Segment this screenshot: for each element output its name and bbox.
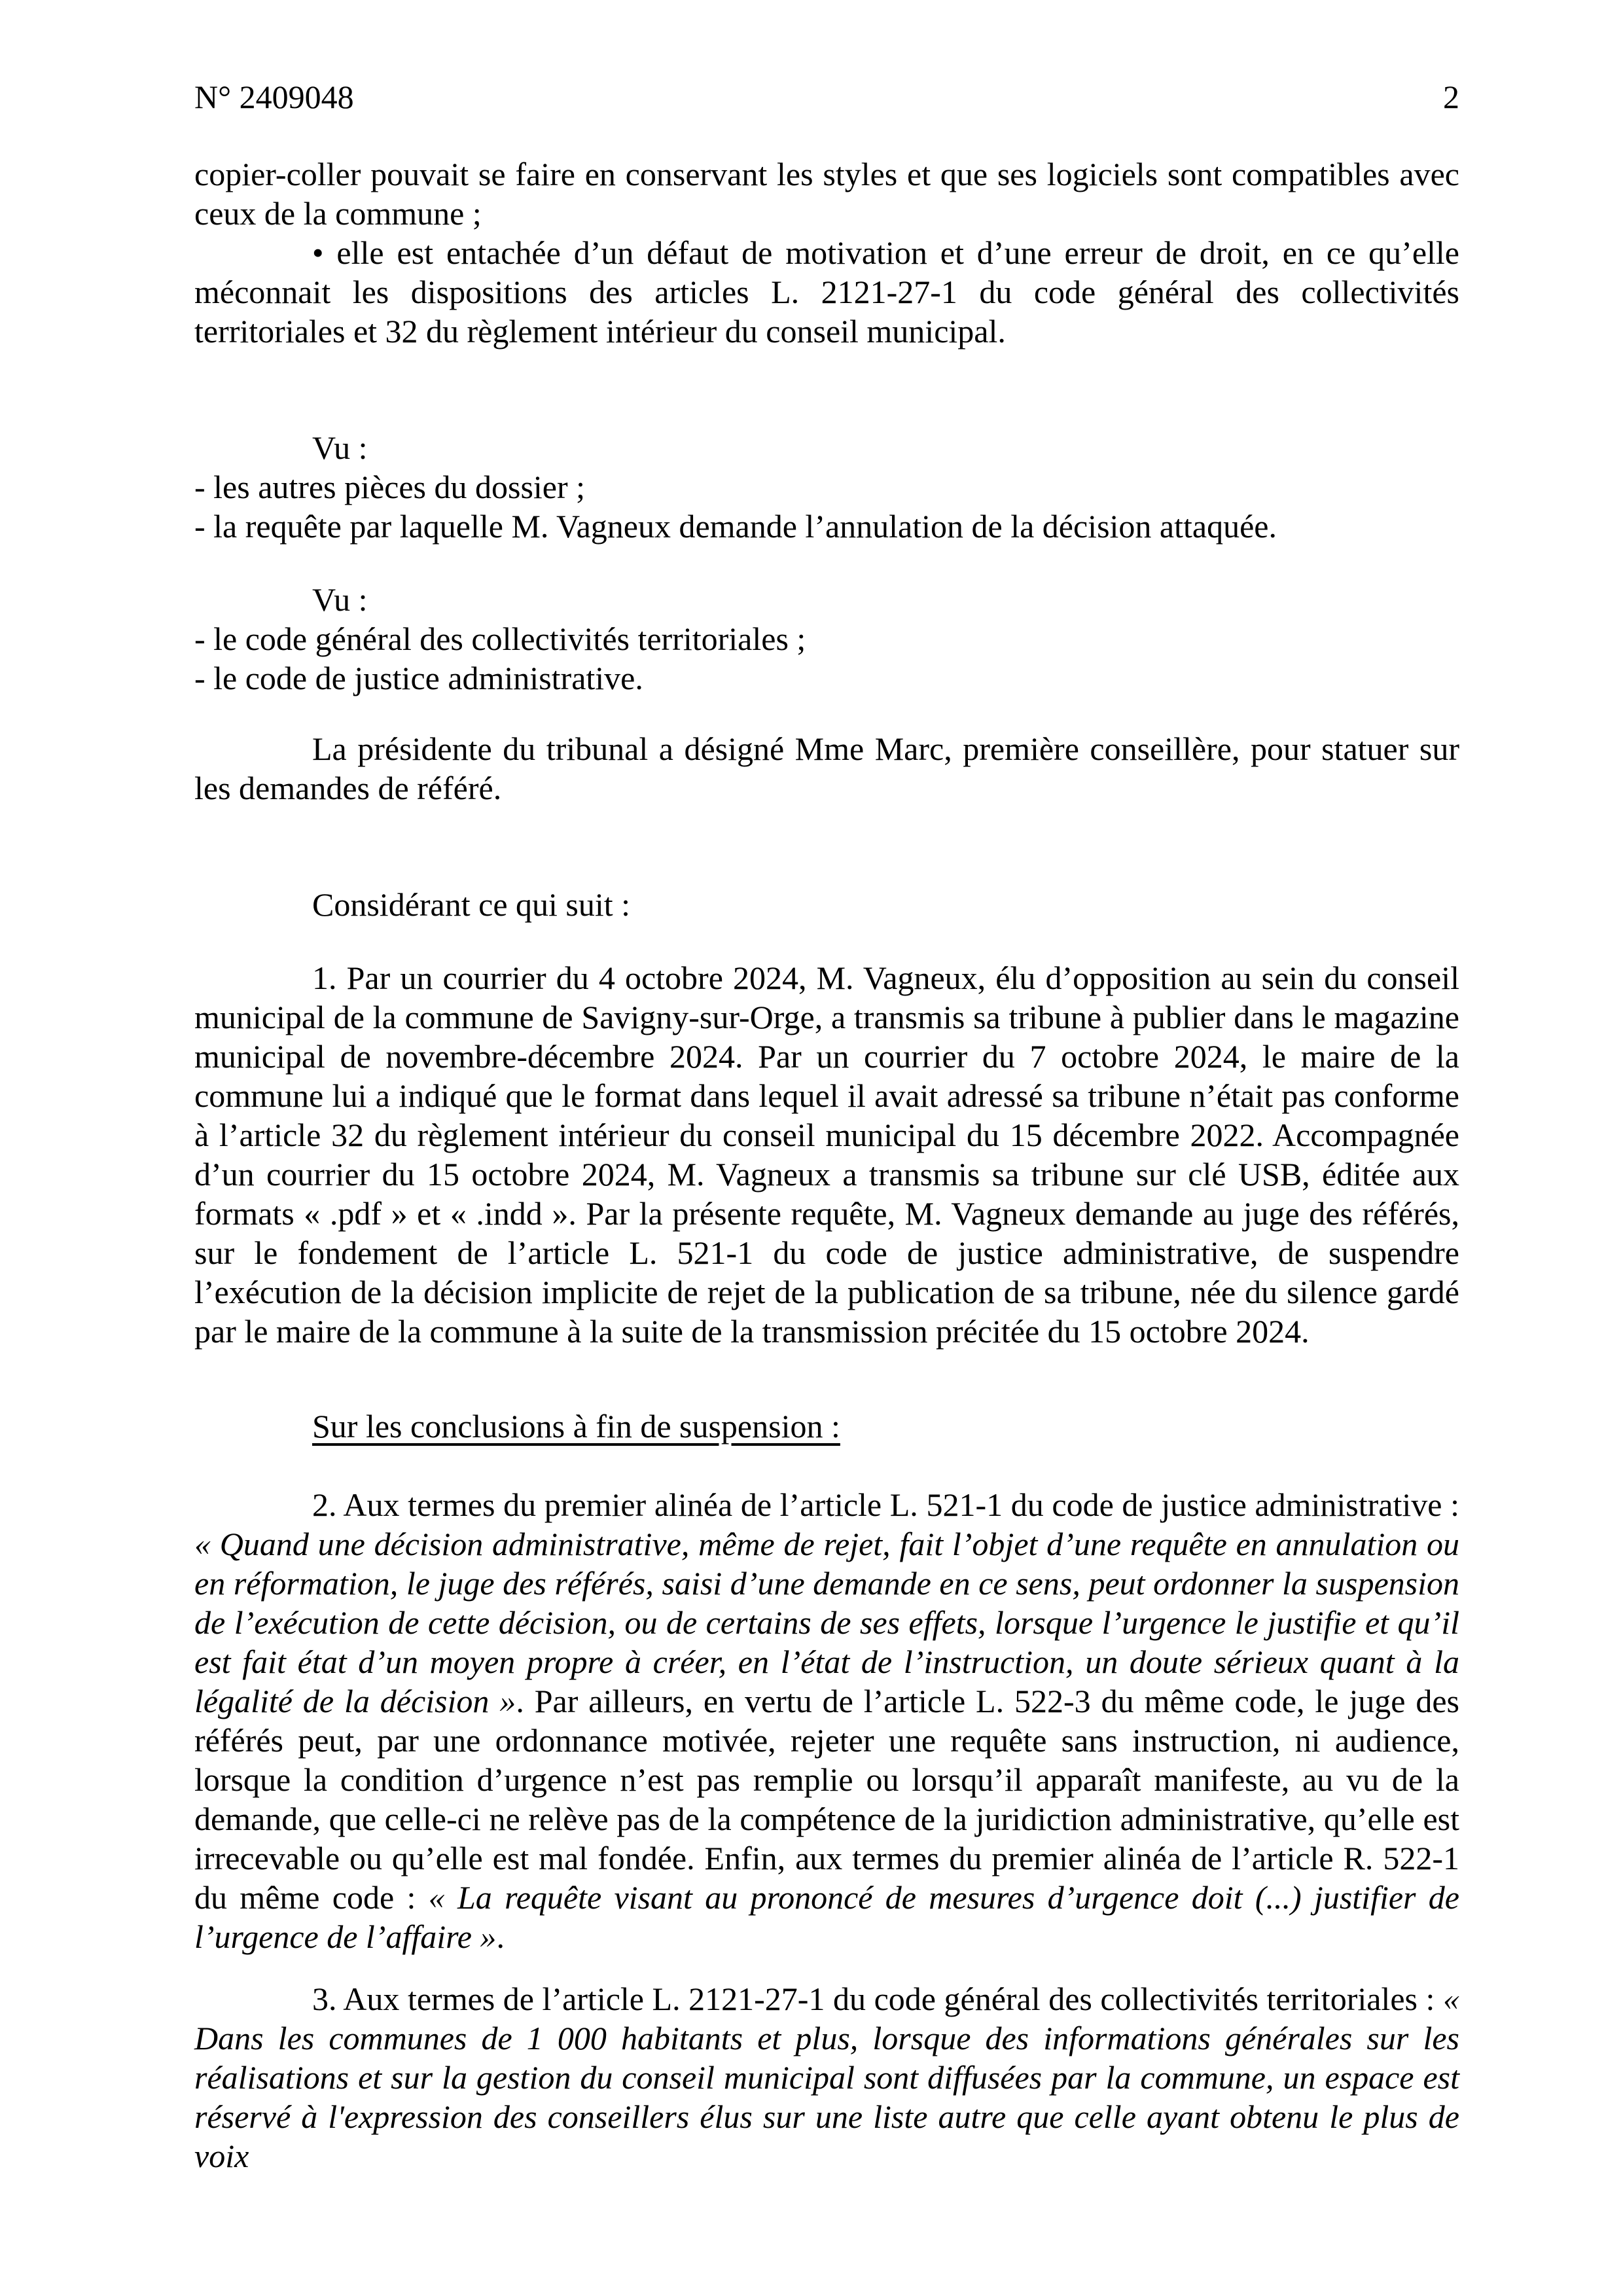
vertical-gap — [194, 1956, 1459, 1979]
visas-item: - le code général des collectivités terr… — [194, 619, 1459, 658]
vertical-gap — [194, 351, 1459, 428]
text-run: . — [496, 1918, 505, 1955]
section-heading-text: Sur les conclusions à fin de suspension … — [312, 1408, 840, 1444]
page-header: N° 2409048 2 — [194, 77, 1459, 117]
vertical-gap — [194, 924, 1459, 958]
visas-label: Vu : — [194, 580, 1459, 619]
point-3-paragraph: 3. Aux termes de l’article L. 2121-27-1 … — [194, 1979, 1459, 2176]
bullet-point-paragraph: • elle est entachée d’un défaut de motiv… — [194, 233, 1459, 351]
visas-block-2: Vu : - le code général des collectivités… — [194, 580, 1459, 698]
page-number: 2 — [1443, 77, 1459, 117]
vertical-gap — [194, 546, 1459, 580]
vertical-gap — [194, 1351, 1459, 1407]
section-heading: Sur les conclusions à fin de suspension … — [194, 1407, 1459, 1446]
judge-designation-paragraph: La présidente du tribunal a désigné Mme … — [194, 729, 1459, 808]
case-number: N° 2409048 — [194, 77, 354, 117]
visas-label: Vu : — [194, 428, 1459, 467]
point-2-paragraph: 2. Aux termes du premier alinéa de l’art… — [194, 1485, 1459, 1956]
visas-block-1: Vu : - les autres pièces du dossier ; - … — [194, 428, 1459, 546]
text-run: 3. Aux termes de l’article L. 2121-27-1 … — [312, 1981, 1443, 2017]
text-run: 2. Aux termes du premier alinéa de l’art… — [312, 1486, 1459, 1523]
vertical-gap — [194, 808, 1459, 885]
continuation-paragraph: copier-coller pouvait se faire en conser… — [194, 154, 1459, 233]
visas-item: - le code de justice administrative. — [194, 658, 1459, 698]
point-1-paragraph: 1. Par un courrier du 4 octobre 2024, M.… — [194, 958, 1459, 1351]
vertical-gap — [194, 698, 1459, 729]
vertical-gap — [194, 117, 1459, 154]
document-page: N° 2409048 2 copier-coller pouvait se fa… — [0, 0, 1623, 2296]
visas-item: - les autres pièces du dossier ; — [194, 467, 1459, 507]
visas-item: - la requête par laquelle M. Vagneux dem… — [194, 507, 1459, 546]
considering-intro: Considérant ce qui suit : — [194, 885, 1459, 924]
vertical-gap — [194, 1446, 1459, 1485]
